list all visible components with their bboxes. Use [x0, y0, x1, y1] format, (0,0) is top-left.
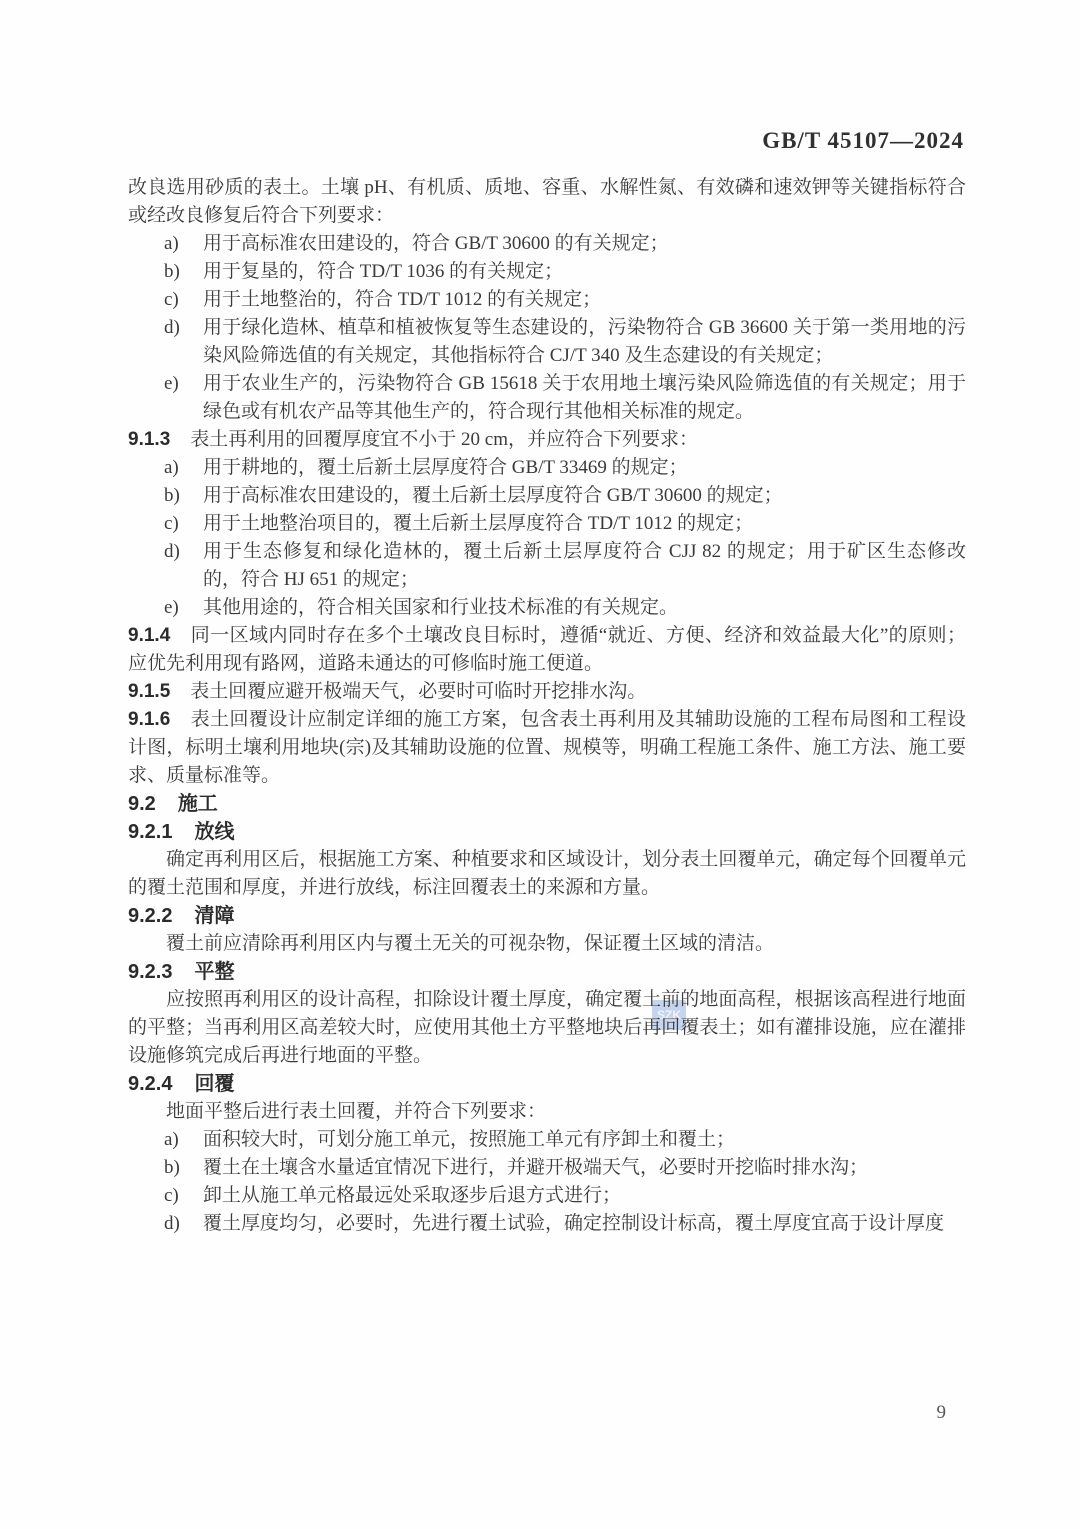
section-heading-9-2-2: 9.2.2清障 — [128, 902, 966, 930]
list-item: d) 用于绿化造林、植草和植被恢复等生态建设的，污染物符合 GB 36600 关… — [128, 314, 966, 370]
list-marker: a) — [164, 230, 179, 258]
list-marker: a) — [164, 454, 179, 482]
list-item-text: 面积较大时，可划分施工单元，按照施工单元有序卸土和覆土； — [203, 1129, 735, 1150]
list-item-text: 用于高标准农田建设的，覆土后新土层厚度符合 GB/T 30600 的规定； — [203, 485, 783, 506]
clause-text: 表土再利用的回覆厚度宜不小于 20 cm，并应符合下列要求： — [190, 429, 698, 450]
list-marker: c) — [164, 286, 179, 314]
list-marker: e) — [164, 370, 179, 398]
list-marker: b) — [164, 482, 180, 510]
clause-number: 9.1.6 — [128, 706, 170, 734]
heading-title: 平整 — [194, 961, 234, 983]
heading-number: 9.2.2 — [128, 902, 172, 930]
paragraph-continuation: 改良选用砂质的表土。土壤 pH、有机质、质地、容重、水解性氮、有效磷和速效钾等关… — [128, 174, 966, 230]
list-item-text: 覆土在土壤含水量适宜情况下进行，并避开极端天气，必要时开挖临时排水沟； — [203, 1157, 868, 1178]
clause-9-1-5: 9.1.5表土回覆应避开极端天气，必要时可临时开挖排水沟。 — [128, 678, 966, 706]
list-item: a) 面积较大时，可划分施工单元，按照施工单元有序卸土和覆土； — [128, 1126, 966, 1154]
list-marker: a) — [164, 1126, 179, 1154]
list-item-text: 其他用途的，符合相关国家和行业技术标准的有关规定。 — [203, 597, 678, 618]
paragraph-9-2-1: 确定再利用区后，根据施工方案、种植要求和区域设计，划分表土回覆单元，确定每个回覆… — [128, 846, 966, 902]
list-marker: c) — [164, 510, 179, 538]
list-item-text: 用于绿化造林、植草和植被恢复等生态建设的，污染物符合 GB 36600 关于第一… — [203, 317, 966, 366]
heading-number: 9.2.3 — [128, 958, 172, 986]
section-heading-9-2-4: 9.2.4回覆 — [128, 1070, 966, 1098]
heading-title: 施工 — [178, 793, 218, 815]
paragraph-9-2-2: 覆土前应清除再利用区内与覆土无关的可视杂物，保证覆土区域的清洁。 — [128, 930, 966, 958]
page-number: 9 — [937, 1402, 947, 1424]
paragraph-9-2-3: 应按照再利用区的设计高程，扣除设计覆土厚度，确定覆土前的地面高程，根据该高程进行… — [128, 986, 966, 1070]
list-marker: b) — [164, 1154, 180, 1182]
list-item-text: 用于土地整治的，符合 TD/T 1012 的有关规定； — [203, 289, 601, 310]
list-item: d) 用于生态修复和绿化造林的，覆土后新土层厚度符合 CJJ 82 的规定；用于… — [128, 538, 966, 594]
document-page: GB/T 45107—2024 SZK 改良选用砂质的表土。土壤 pH、有机质、… — [0, 0, 1080, 1529]
heading-title: 清障 — [194, 905, 234, 927]
list-item-text: 用于耕地的，覆土后新土层厚度符合 GB/T 33469 的规定； — [203, 457, 688, 478]
clause-9-1-6: 9.1.6表土回覆设计应制定详细的施工方案，包含表土再利用及其辅助设施的工程布局… — [128, 706, 966, 790]
clause-text: 同一区域内同时存在多个土壤改良目标时，遵循“就近、方便、经济和效益最大化”的原则… — [128, 625, 966, 674]
list-item-text: 用于复垦的，符合 TD/T 1036 的有关规定； — [203, 261, 563, 282]
clause-number: 9.1.5 — [128, 678, 170, 706]
list-item: b) 用于复垦的，符合 TD/T 1036 的有关规定； — [128, 258, 966, 286]
page-body: 改良选用砂质的表土。土壤 pH、有机质、质地、容重、水解性氮、有效磷和速效钾等关… — [128, 174, 966, 1238]
heading-number: 9.2.1 — [128, 818, 172, 846]
clause-9-1-3: 9.1.3表土再利用的回覆厚度宜不小于 20 cm，并应符合下列要求： — [128, 426, 966, 454]
list-item: e) 其他用途的，符合相关国家和行业技术标准的有关规定。 — [128, 594, 966, 622]
heading-number: 9.2 — [128, 790, 156, 818]
list-item-text: 用于农业生产的，污染物符合 GB 15618 关于农用地土壤污染风险筛选值的有关… — [203, 373, 966, 422]
list-marker: e) — [164, 594, 179, 622]
clause-number: 9.1.3 — [128, 426, 170, 454]
clause-number: 9.1.4 — [128, 622, 170, 650]
heading-title: 回覆 — [194, 1073, 234, 1095]
list-item-text: 用于高标准农田建设的，符合 GB/T 30600 的有关规定； — [203, 233, 669, 254]
clause-9-1-4: 9.1.4同一区域内同时存在多个土壤改良目标时，遵循“就近、方便、经济和效益最大… — [128, 622, 966, 678]
list-item: c) 用于土地整治项目的，覆土后新土层厚度符合 TD/T 1012 的规定； — [128, 510, 966, 538]
list-item: b) 覆土在土壤含水量适宜情况下进行，并避开极端天气，必要时开挖临时排水沟； — [128, 1154, 966, 1182]
list-item: a) 用于高标准农田建设的，符合 GB/T 30600 的有关规定； — [128, 230, 966, 258]
list-item: a) 用于耕地的，覆土后新土层厚度符合 GB/T 33469 的规定； — [128, 454, 966, 482]
list-item: e) 用于农业生产的，污染物符合 GB 15618 关于农用地土壤污染风险筛选值… — [128, 370, 966, 426]
list-item-text: 卸土从施工单元格最远处采取逐步后退方式进行； — [203, 1185, 621, 1206]
section-heading-9-2-1: 9.2.1放线 — [128, 818, 966, 846]
heading-number: 9.2.4 — [128, 1070, 172, 1098]
heading-title: 放线 — [194, 821, 234, 843]
standard-number-header: GB/T 45107—2024 — [762, 128, 964, 154]
list-marker: b) — [164, 258, 180, 286]
list-item-text: 用于土地整治项目的，覆土后新土层厚度符合 TD/T 1012 的规定； — [203, 513, 753, 534]
clause-text: 表土回覆设计应制定详细的施工方案，包含表土再利用及其辅助设施的工程布局图和工程设… — [128, 709, 966, 786]
list-item: c) 卸土从施工单元格最远处采取逐步后退方式进行； — [128, 1182, 966, 1210]
list-marker: c) — [164, 1182, 179, 1210]
list-item: d) 覆土厚度均匀，必要时，先进行覆土试验，确定控制设计标高，覆土厚度宜高于设计… — [128, 1210, 966, 1238]
list-marker: d) — [164, 538, 180, 566]
list-item-text: 覆土厚度均匀，必要时，先进行覆土试验，确定控制设计标高，覆土厚度宜高于设计厚度 — [203, 1213, 944, 1234]
list-item: b) 用于高标准农田建设的，覆土后新土层厚度符合 GB/T 30600 的规定； — [128, 482, 966, 510]
section-heading-9-2: 9.2施工 — [128, 790, 966, 818]
section-heading-9-2-3: 9.2.3平整 — [128, 958, 966, 986]
list-marker: d) — [164, 1210, 180, 1238]
clause-text: 表土回覆应避开极端天气，必要时可临时开挖排水沟。 — [190, 681, 646, 702]
list-item: c) 用于土地整治的，符合 TD/T 1012 的有关规定； — [128, 286, 966, 314]
list-marker: d) — [164, 314, 180, 342]
paragraph-9-2-4-intro: 地面平整后进行表土回覆，并符合下列要求： — [128, 1098, 966, 1126]
list-item-text: 用于生态修复和绿化造林的，覆土后新土层厚度符合 CJJ 82 的规定；用于矿区生… — [203, 541, 966, 590]
